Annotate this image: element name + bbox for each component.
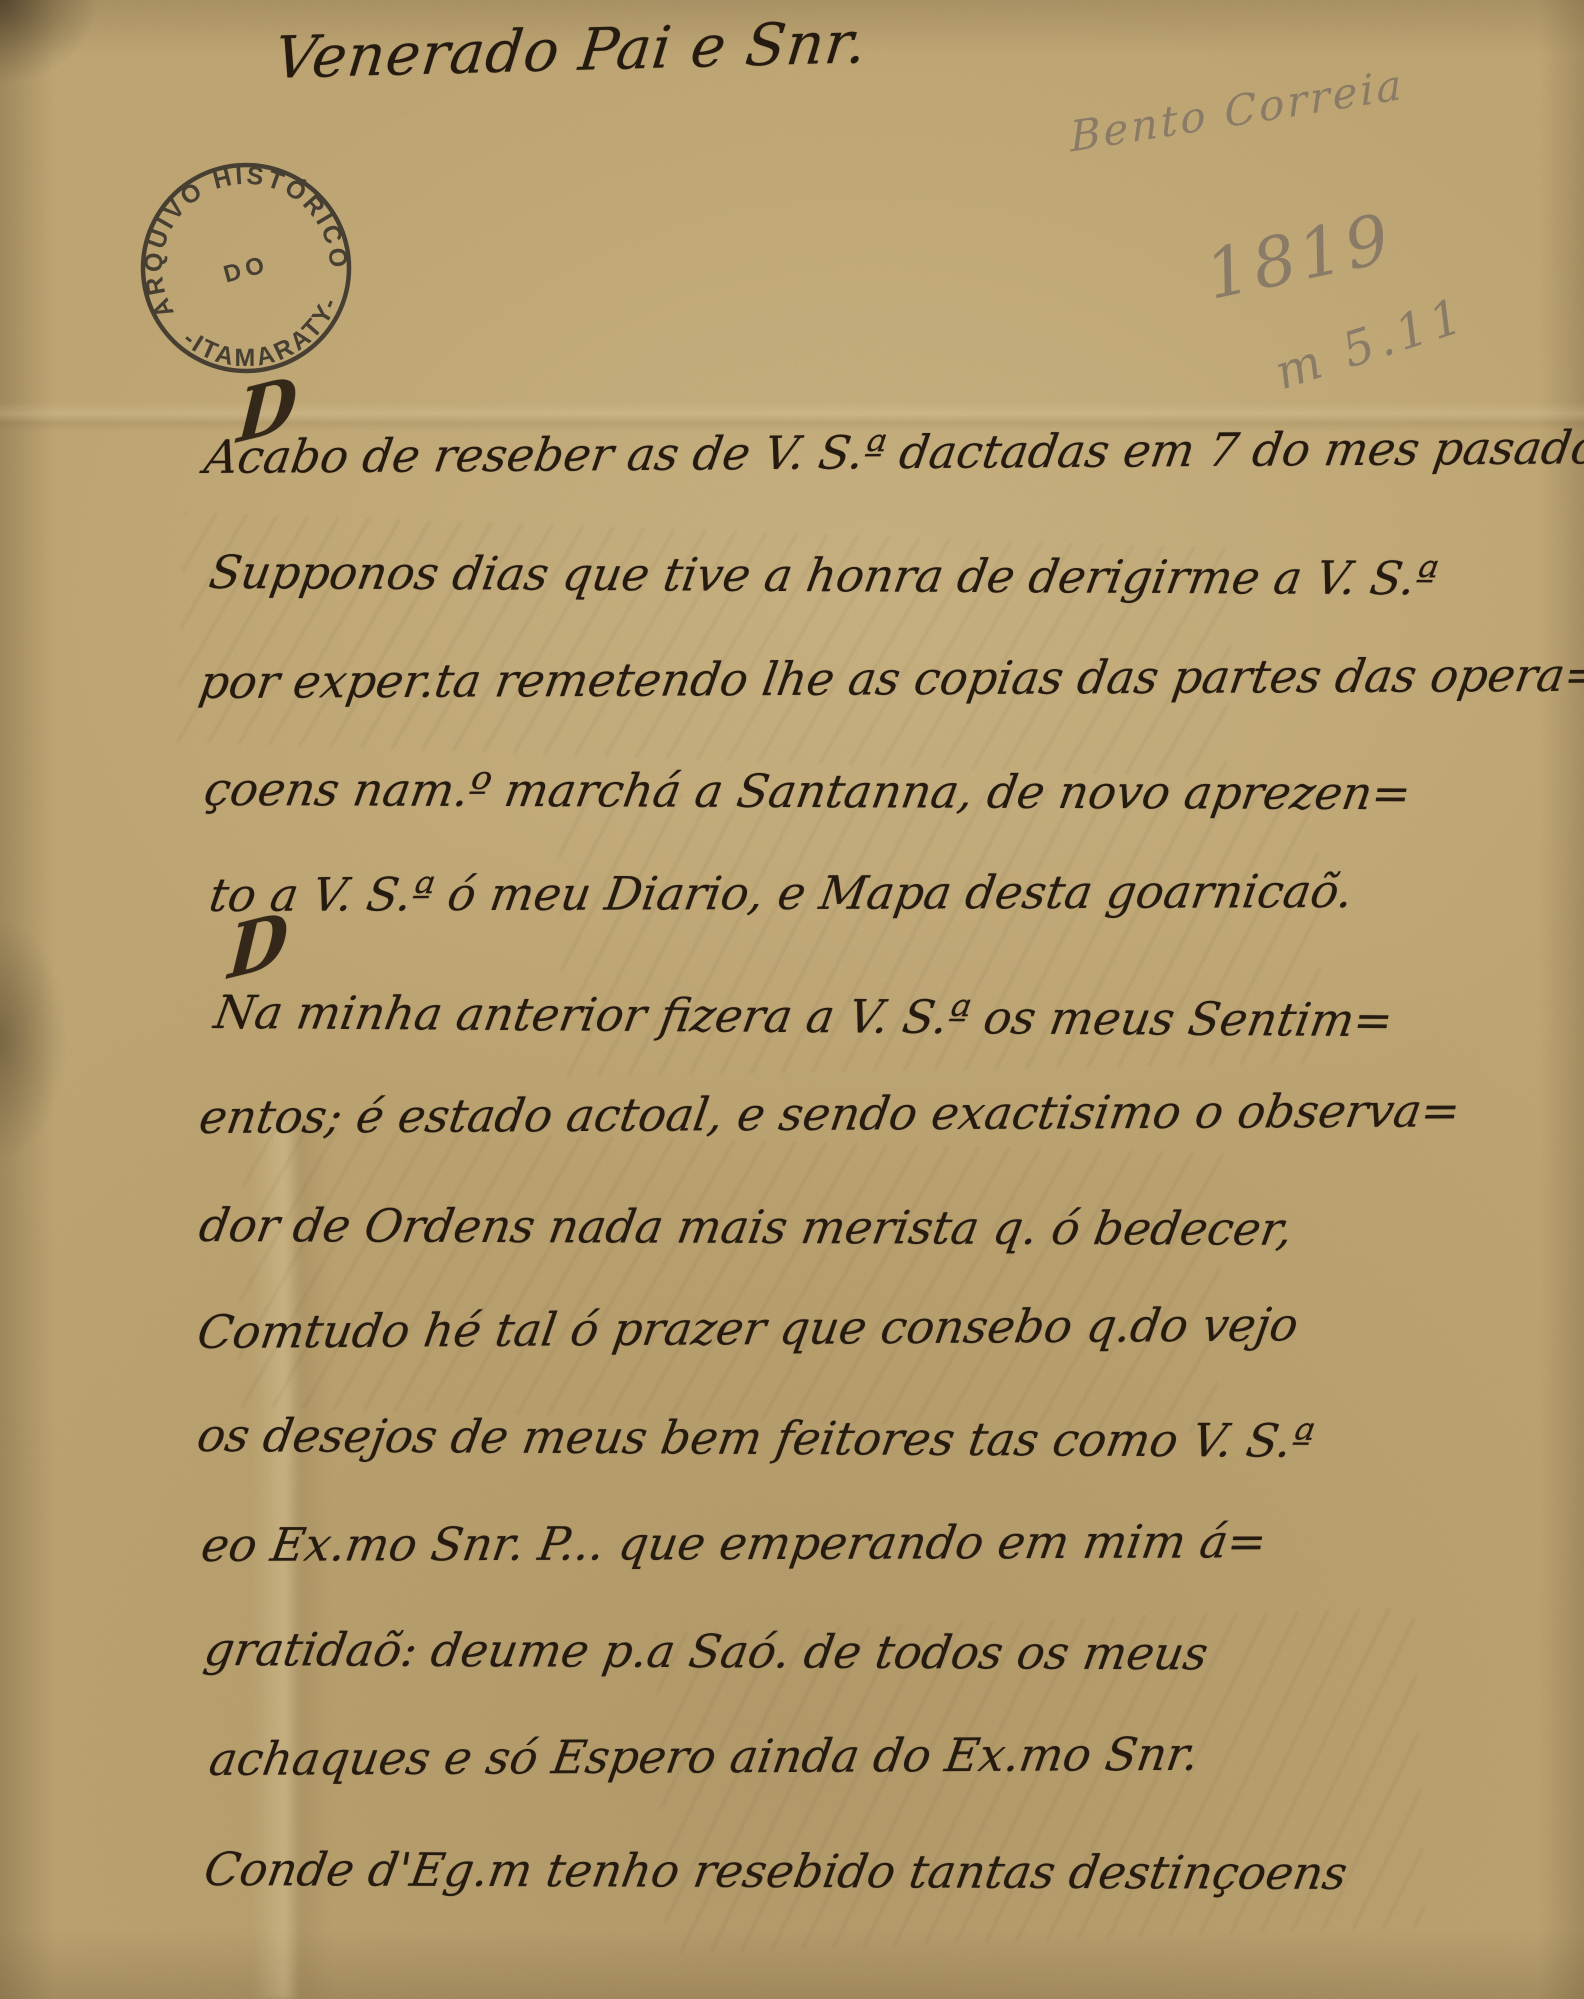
- manuscript-line: Supponos dias que tive a honra de derigi…: [210, 545, 1437, 605]
- manuscript-line-text: achaques e só Espero ainda do Ex.mo Snr.: [206, 1727, 1203, 1786]
- manuscript-line-text: to a V. S.ª ó meu Diario, e Mapa desta g…: [206, 864, 1357, 922]
- manuscript-line: to a V. S.ª ó meu Diario, e Mapa desta g…: [210, 864, 1353, 922]
- manuscript-line: Na minha anterior fizera a V. S.ª os meu…: [215, 985, 1393, 1047]
- manuscript-line-text: eo Ex.mo Snr. P... que emperando em mim …: [198, 1514, 1271, 1572]
- ink-showthrough: [237, 1127, 1224, 1433]
- manuscript-line-text: Na minha anterior fizera a V. S.ª os meu…: [211, 985, 1398, 1047]
- manuscript-line-text: Supponos dias que tive a honra de derigi…: [206, 545, 1442, 605]
- manuscript-line: gratidaõ: deume p.a Saó. de todos os meu…: [205, 1622, 1208, 1680]
- stamp-center-text: DO: [221, 250, 272, 288]
- manuscript-line-text: Conde d'Eg.m tenho resebido tantas desti…: [201, 1842, 1351, 1900]
- manuscript-line: eo Ex.mo Snr. P... que emperando em mim …: [202, 1514, 1266, 1572]
- manuscript-line-text: os desejos de meus bem feitores tas como…: [194, 1408, 1318, 1468]
- manuscript-line: os desejos de meus bem feitores tas como…: [198, 1408, 1314, 1468]
- manuscript-line: dor de Ordens nada mais merista q. ó bed…: [200, 1198, 1293, 1256]
- manuscript-line: çoens nam.º marchá a Santanna, de novo a…: [205, 762, 1411, 820]
- manuscript-line-text: por exper.ta remetendo lhe as copias das…: [196, 648, 1584, 709]
- manuscript-page: Venerado Pai e Snr. ARQUIVO HISTÓRICO -I…: [0, 0, 1584, 1999]
- salutation: Venerado Pai e Snr.: [271, 8, 871, 92]
- manuscript-line-text: entos; é estado actoal, e sendo exactisi…: [196, 1083, 1464, 1144]
- manuscript-line-text: çoens nam.º marchá a Santanna, de novo a…: [201, 762, 1415, 820]
- manuscript-line: por exper.ta remetendo lhe as copias das…: [200, 648, 1584, 709]
- manuscript-line-text: dor de Ordens nada mais merista q. ó bed…: [196, 1198, 1297, 1256]
- manuscript-line: entos; é estado actoal, e sendo exactisi…: [200, 1083, 1460, 1144]
- pencil-annotation-reference: m 5.11: [1268, 287, 1473, 401]
- manuscript-line-text: Comtudo hé tal ó prazer que consebo q.do…: [194, 1297, 1302, 1359]
- manuscript-line: Acabo de reseber as de V. S.ª dactadas e…: [205, 420, 1584, 484]
- manuscript-line-text: gratidaõ: deume p.a Saó. de todos os meu…: [201, 1622, 1212, 1680]
- manuscript-line-text: Acabo de reseber as de V. S.ª dactadas e…: [201, 420, 1584, 484]
- pencil-annotation-year: 1819: [1199, 199, 1400, 316]
- manuscript-line: Comtudo hé tal ó prazer que consebo q.do…: [198, 1297, 1298, 1359]
- manuscript-line: achaques e só Espero ainda do Ex.mo Snr.: [210, 1727, 1199, 1786]
- manuscript-line: Conde d'Eg.m tenho resebido tantas desti…: [205, 1842, 1347, 1900]
- pencil-annotation-name: Bento Correia: [1069, 59, 1406, 161]
